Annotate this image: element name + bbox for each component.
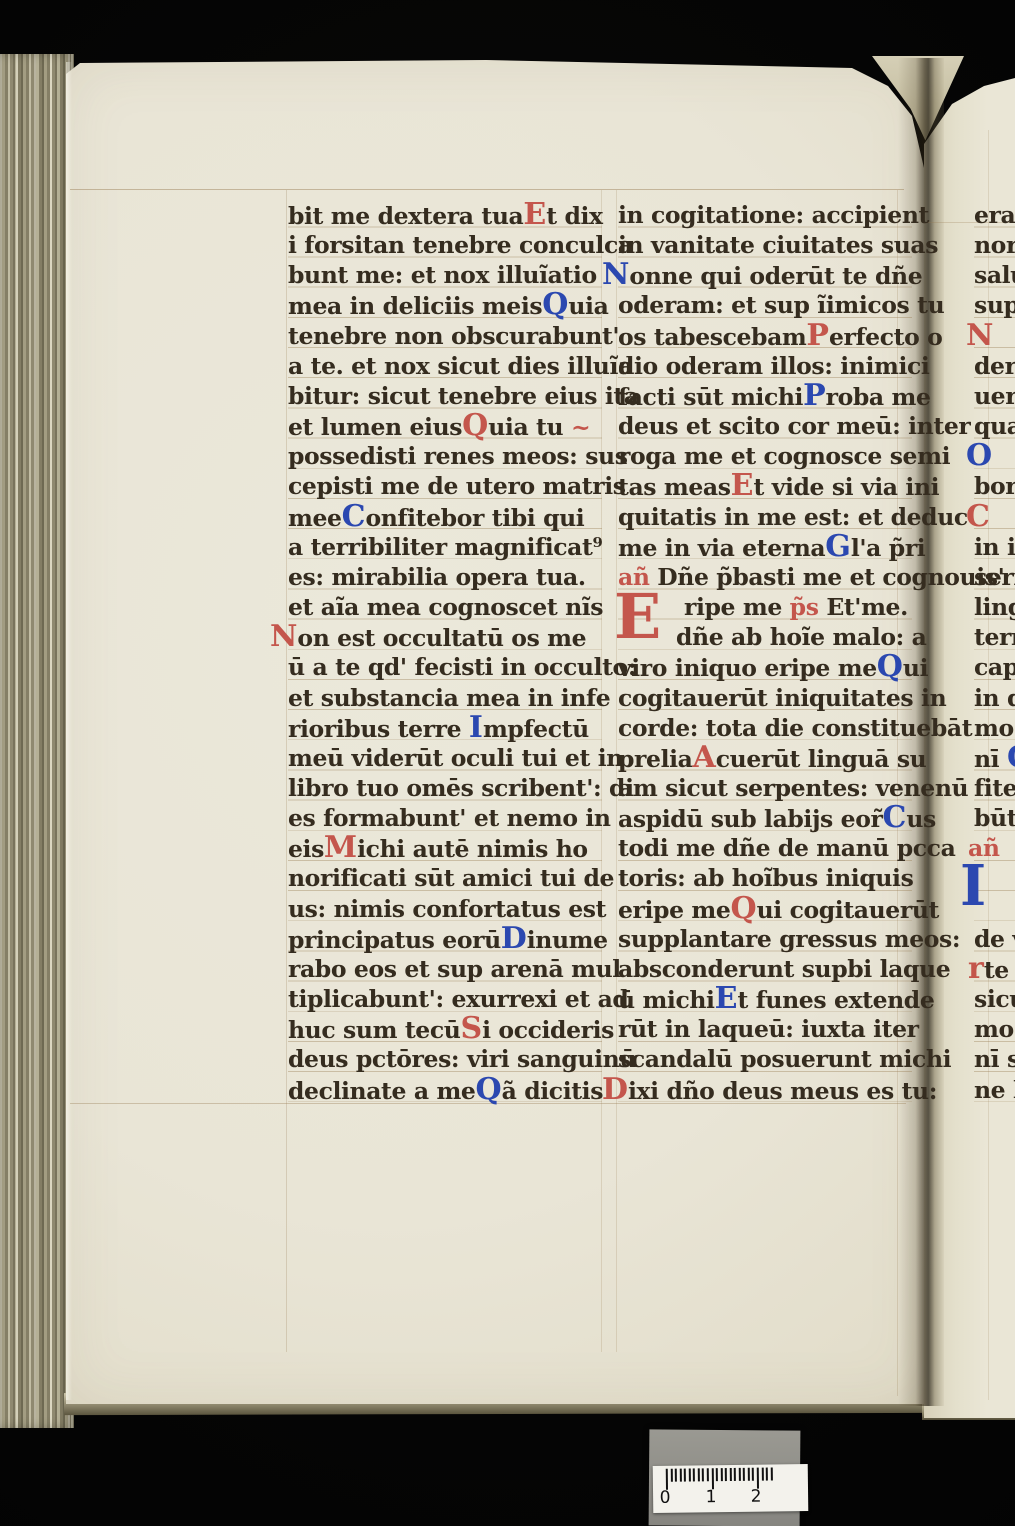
ruler-tick <box>743 1468 745 1481</box>
text-line: es: mirabilia opera tua. <box>288 562 602 592</box>
text-segment: oderam: et sup ĩimicos tu <box>618 291 944 319</box>
text-line: me in via eternaGl'a p̃ri <box>618 532 912 562</box>
text-segment: me in via eterna <box>618 534 825 562</box>
text-line: principatus eorūDinume <box>288 924 602 954</box>
ruling-line-top <box>70 189 904 190</box>
text-line: ū michiEt funes extende <box>618 984 912 1014</box>
text-segment: deus et scito cor meū: inter <box>618 412 970 440</box>
text-segment: ã dicitis <box>502 1077 603 1105</box>
text-line: uer <box>974 381 1015 411</box>
initial-capital: S <box>460 1011 482 1046</box>
ruler-tick <box>720 1468 722 1481</box>
text-segment: libro tuo omēs scribent': di <box>288 774 634 802</box>
text-segment: in i <box>974 533 1015 561</box>
text-segment: nor <box>974 231 1015 259</box>
text-segment: cuerūt linguā su <box>716 745 927 773</box>
text-segment: mo <box>974 1015 1014 1043</box>
text-segment: facti sūt michi <box>618 383 803 411</box>
text-segment: scandalū posuerunt michi <box>618 1045 951 1073</box>
text-line: ne l <box>974 1075 1015 1105</box>
drop-initial-capital: E <box>614 586 661 648</box>
initial-capital: Q <box>475 1072 501 1107</box>
text-line: salu <box>974 260 1015 290</box>
initial-capital: E <box>731 468 754 503</box>
initial-capital: E <box>523 197 546 232</box>
text-line: Nonne qui oderūt te dñe <box>602 260 912 290</box>
ruler-tick <box>752 1468 754 1481</box>
text-segment: eis <box>288 835 324 863</box>
text-line: i forsitan tenebre conculca <box>288 230 602 260</box>
initial-capital: C <box>882 800 906 835</box>
text-line: eripe meQui cogitauerūt <box>618 894 912 924</box>
text-segment: ū michi <box>618 986 715 1014</box>
initial-capital: G <box>825 529 851 564</box>
text-segment: bitur: sicut tenebre eius ita <box>288 382 639 410</box>
ruler-tick <box>766 1468 768 1481</box>
text-segment: bit me dextera tua <box>288 202 523 230</box>
text-segment: t vide si via ini <box>753 473 939 501</box>
text-segment: sicu <box>974 985 1015 1013</box>
initial-capital: C <box>1007 740 1015 775</box>
initial-capital: P <box>806 318 829 353</box>
text-segment: onne qui oderūt te dñe <box>629 262 922 290</box>
ruler-tick <box>707 1468 709 1481</box>
text-line: am sicut serpentes: venenū <box>618 773 912 803</box>
text-line: bunt me: et nox illuĩatio <box>288 260 602 290</box>
text-line: rte <box>968 954 1015 984</box>
text-segment: nī <box>974 745 1007 773</box>
initial-capital: D <box>602 1072 628 1107</box>
text-line: aspidū sub labijs eor̃Cus <box>618 803 912 833</box>
text-line: roga me et cognosce semi <box>618 441 912 471</box>
text-segment: viro iniquo eripe me <box>618 654 877 682</box>
photograph-of-manuscript: { "colors": { "ink": "#352c1f", "red": "… <box>0 0 1015 1526</box>
text-segment: et lumen eius <box>288 413 462 441</box>
initial-capital: M <box>324 830 357 865</box>
text-segment: erfecto o <box>829 323 943 351</box>
ruler-tick <box>725 1468 727 1481</box>
text-segment: mo <box>974 714 1014 742</box>
text-line: et lumen eiusQuia tu ~ <box>288 411 602 441</box>
text-segment: t funes extende <box>737 986 934 1014</box>
text-segment: us: nimis confortatus est <box>288 895 606 923</box>
text-line: būt <box>974 803 1015 833</box>
ruler-tick <box>734 1468 736 1481</box>
text-line: ling <box>974 592 1015 622</box>
text-line: dñe ab hoĩe malo: a <box>676 622 912 652</box>
text-line: toris: ab hoĩbus iniquis <box>618 863 912 893</box>
text-segment: roga me et cognosce semi <box>618 442 950 470</box>
text-segment: ne l <box>974 1076 1015 1104</box>
initial-capital: O <box>966 438 992 473</box>
text-line: norificati sūt amici tui de <box>288 863 602 893</box>
text-line: sicu <box>974 984 1015 1014</box>
text-line: cogitauerūt iniquitates in <box>618 683 912 713</box>
text-line: in i <box>974 532 1015 562</box>
text-segment: am sicut serpentes: venenū <box>618 774 968 802</box>
text-segment: on est occultatū os me <box>297 624 586 652</box>
text-line: absconderunt supbi laque <box>618 954 912 984</box>
text-segment: rūt in laqueū: iuxta iter <box>618 1015 919 1043</box>
text-segment: inume <box>527 926 608 954</box>
text-segment: corde: tota die constituebāt <box>618 714 972 742</box>
text-line: deus et scito cor meū: inter <box>618 411 912 441</box>
text-segment: tenebre non obscurabunt' <box>288 322 619 350</box>
text-line: deric <box>974 351 1015 381</box>
text-line: tas measEt vide si via ini <box>618 471 912 501</box>
text-line: a te. et nox sicut dies illuĩa <box>288 351 602 381</box>
text-line: añ Dñe p̃basti me et cognouis' <box>618 562 912 592</box>
text-column-next-page: eranorsalusupNdericuerquaOborCin iserijl… <box>974 200 1015 1106</box>
ruler-label: 0 <box>657 1488 673 1508</box>
text-segment: os tabescebam <box>618 323 806 351</box>
text-segment: ~ <box>571 413 590 441</box>
initial-capital: A <box>692 740 715 775</box>
text-segment: us <box>906 805 936 833</box>
text-segment: ui <box>903 654 928 682</box>
text-segment: salu <box>974 261 1015 289</box>
text-line: in cogitatione: accipient <box>618 200 912 230</box>
text-segment: aspidū sub labijs eor̃ <box>618 805 882 833</box>
text-segment: rioribus terre <box>288 715 469 743</box>
text-line: nor <box>974 230 1015 260</box>
text-line: era <box>974 200 1015 230</box>
ruler-tick <box>693 1468 695 1481</box>
initial-capital: I <box>469 710 483 745</box>
text-line: in q <box>974 683 1015 713</box>
text-segment: uer <box>974 382 1015 410</box>
ruler-tick <box>670 1469 672 1482</box>
text-line: ripe me p̃s Et'me. <box>684 592 912 622</box>
text-segment: eripe me <box>618 896 730 924</box>
initial-capital: Q <box>462 408 488 443</box>
ruler-ticks <box>666 1467 796 1493</box>
text-segment: būt <box>974 804 1015 832</box>
text-segment: in cogitatione: accipient <box>618 201 929 229</box>
text-line: qua <box>974 411 1015 441</box>
text-line: us: nimis confortatus est <box>288 894 602 924</box>
text-segment: et substancia mea in infe <box>288 684 610 712</box>
text-line: preliaAcuerūt linguā su <box>618 743 912 773</box>
text-segment: ū a te qd' fecisti in occulto: <box>288 653 636 681</box>
ruler-tick <box>757 1468 759 1489</box>
text-segment: declinate a me <box>288 1077 475 1105</box>
ruler-tick <box>702 1468 704 1481</box>
text-segment: deric <box>974 352 1015 380</box>
text-line: terr <box>974 622 1015 652</box>
text-segment: ripe me <box>684 593 790 621</box>
text-line: facti sūt michiProba me <box>618 381 912 411</box>
page-left-edge-highlight <box>66 62 72 1400</box>
text-segment: qua <box>974 412 1015 440</box>
text-segment: cepisti me de utero matris <box>288 472 626 500</box>
ruler-tick <box>739 1468 741 1481</box>
text-line: possedisti renes meos: sus <box>288 441 602 471</box>
text-segment: te <box>984 956 1009 984</box>
text-line: bor <box>974 471 1015 501</box>
text-segment: ixi dño deus meus es tu: <box>628 1077 937 1105</box>
text-segment: dñe ab hoĩe malo: a <box>676 623 927 651</box>
text-line: dio oderam illos: inimici <box>618 351 912 381</box>
text-line: Dixi dño deus meus es tu: <box>602 1075 912 1105</box>
text-segment: era <box>974 201 1015 229</box>
text-segment: mee <box>288 504 342 532</box>
text-segment: prelia <box>618 745 692 773</box>
text-segment: dio oderam illos: inimici <box>618 352 929 380</box>
text-line: et aĩa mea cognoscet nĩs <box>288 592 602 622</box>
text-line: tenebre non obscurabunt' <box>288 321 602 351</box>
text-line: bit me dextera tuaEt dix <box>288 200 602 230</box>
initial-capital: N <box>602 257 629 292</box>
text-line: C <box>966 502 1015 532</box>
initial-capital: Q <box>877 649 903 684</box>
initial-capital: r <box>968 951 984 986</box>
text-line: de v <box>974 924 1015 954</box>
text-line: scandalū posuerunt michi <box>618 1044 912 1074</box>
text-segment: de v <box>974 925 1015 953</box>
text-segment: onfitebor tibi qui <box>365 504 584 532</box>
text-segment: cogitauerūt iniquitates in <box>618 684 946 712</box>
text-line: fiteb <box>974 773 1015 803</box>
text-segment: deus pctōres: viri sanguinū <box>288 1045 636 1073</box>
ruler-tick <box>716 1468 718 1481</box>
text-segment: roba me <box>826 383 931 411</box>
text-line: et substancia mea in infe <box>288 683 602 713</box>
text-segment: t dix <box>546 202 602 230</box>
text-segment: l'a p̃ri <box>851 534 925 562</box>
text-segment: in vanitate ciuitates suas <box>618 231 938 259</box>
drop-initial-capital: I <box>960 858 986 914</box>
ruler-tick <box>729 1468 731 1481</box>
text-segment: Et'me. <box>826 593 908 621</box>
initial-capital: P <box>803 378 826 413</box>
ruler-tick <box>698 1468 700 1481</box>
ruler-tick <box>684 1469 686 1482</box>
text-segment: fiteb <box>974 774 1015 802</box>
text-segment: terr <box>974 623 1015 651</box>
ruler: 0 1 2 <box>653 1464 809 1513</box>
text-segment: uia <box>568 292 608 320</box>
text-line: declinate a meQã dicitis <box>288 1075 602 1105</box>
text-line: N <box>966 321 1015 351</box>
text-line: mea in deliciis meisQuia <box>288 290 602 320</box>
ruler-tick <box>666 1469 668 1490</box>
text-segment: ui cogitauerūt <box>757 896 939 924</box>
text-line: serij <box>974 562 1015 592</box>
text-segment: quitatis in me est: et deduc <box>618 503 968 531</box>
text-segment: et aĩa mea cognoscet nĩs <box>288 593 603 621</box>
initial-capital: C <box>966 499 990 534</box>
text-segment: in q <box>974 684 1015 712</box>
text-segment: tas meas <box>618 473 731 501</box>
text-line: rioribus terre Impfectū <box>288 713 602 743</box>
text-segment: i forsitan tenebre conculca <box>288 231 633 259</box>
text-line: Non est occultatū os me <box>270 622 602 652</box>
text-segment: cap <box>974 653 1015 681</box>
text-segment: i occideris <box>482 1016 614 1044</box>
text-segment: ichi autē nimis ho <box>357 835 588 863</box>
text-line: sup <box>974 290 1015 320</box>
text-segment: a terribiliter magnificat⁹ <box>288 533 602 561</box>
initial-capital: E <box>715 981 738 1016</box>
initial-capital: C <box>342 499 366 534</box>
text-segment: es formabunt' et nemo in <box>288 804 611 832</box>
text-segment: tiplicabunt': exurrexi et ad <box>288 985 628 1013</box>
initial-capital: Q <box>730 891 756 926</box>
ruler-tick <box>770 1467 772 1480</box>
ruling-line-col1-left <box>286 190 287 1352</box>
text-segment: todi me dñe de manū pcca <box>618 834 955 862</box>
initial-capital: Q <box>542 287 568 322</box>
text-segment: Dñe p̃basti me et cognouis' <box>657 563 1004 591</box>
text-line: supplantare gressus meos: <box>618 924 912 954</box>
text-line: cepisti me de utero matris <box>288 471 602 501</box>
ruler-tick <box>675 1469 677 1482</box>
initial-capital: N <box>270 619 297 654</box>
text-segment: mpfectū <box>483 715 589 743</box>
text-line: ū a te qd' fecisti in occulto: <box>288 652 602 682</box>
text-line: O <box>966 441 1015 471</box>
text-line: rūt in laqueū: iuxta iter <box>618 1014 912 1044</box>
text-line: es formabunt' et nemo in <box>288 803 602 833</box>
ruler-tick <box>711 1468 713 1489</box>
ruler-label: 2 <box>748 1487 764 1507</box>
initial-capital: D <box>501 921 527 956</box>
text-segment: supplantare gressus meos: <box>618 925 960 953</box>
text-segment: bor <box>974 472 1015 500</box>
ruler-label: 1 <box>703 1487 719 1507</box>
text-segment: serij <box>974 563 1015 591</box>
text-line: os tabescebamPerfecto o <box>618 321 912 351</box>
text-line: rabo eos et sup arenā mul <box>288 954 602 984</box>
text-segment: meū viderūt oculi tui et in <box>288 744 623 772</box>
text-line: bitur: sicut tenebre eius ita <box>288 381 602 411</box>
text-segment: uia tu <box>488 413 571 441</box>
text-segment: nī s <box>974 1045 1015 1073</box>
text-segment: a te. et nox sicut dies illuĩa <box>288 352 633 380</box>
text-line: mo <box>974 1014 1015 1044</box>
ruler-tick <box>689 1468 691 1481</box>
stacked-page-edges <box>0 54 74 1428</box>
text-segment: huc sum tecū <box>288 1016 460 1044</box>
ruler-tick <box>748 1468 750 1481</box>
text-segment: mea in deliciis meis <box>288 292 542 320</box>
text-line: nī s <box>974 1044 1015 1074</box>
text-line: eisMichi autē nimis ho <box>288 833 602 863</box>
text-line: a terribiliter magnificat⁹ <box>288 532 602 562</box>
text-line: in vanitate ciuitates suas <box>618 230 912 260</box>
text-segment: principatus eorū <box>288 926 501 954</box>
text-line: tiplicabunt': exurrexi et ad <box>288 984 602 1014</box>
text-segment: toris: ab hoĩbus iniquis <box>618 864 913 892</box>
text-segment: sup <box>974 291 1015 319</box>
text-column-left: bit me dextera tuaEt dixi forsitan teneb… <box>288 200 602 1106</box>
text-line: mo <box>974 713 1015 743</box>
text-column-right: in cogitatione: accipientin vanitate ciu… <box>618 200 912 1106</box>
text-segment: possedisti renes meos: sus <box>288 442 628 470</box>
ruler-tick <box>761 1468 763 1481</box>
text-line: todi me dñe de manū pcca <box>618 833 912 863</box>
text-segment: es: mirabilia opera tua. <box>288 563 586 591</box>
ruler-tick <box>679 1469 681 1482</box>
text-segment: ling <box>974 593 1015 621</box>
text-segment: p̃s <box>790 593 827 621</box>
text-line: quitatis in me est: et deduc <box>618 502 912 532</box>
text-line: cap <box>974 652 1015 682</box>
text-line: libro tuo omēs scribent': di <box>288 773 602 803</box>
text-line: viro iniquo eripe meQui <box>618 652 912 682</box>
initial-capital: N <box>966 318 993 353</box>
text-line: corde: tota die constituebāt <box>618 713 912 743</box>
text-line: huc sum tecūSi occideris <box>288 1014 602 1044</box>
text-line: oderam: et sup ĩimicos tu <box>618 290 912 320</box>
text-segment: norificati sūt amici tui de <box>288 864 614 892</box>
text-segment: absconderunt supbi laque <box>618 955 950 983</box>
text-line: deus pctōres: viri sanguinū <box>288 1044 602 1074</box>
text-segment: bunt me: et nox illuĩatio <box>288 261 597 289</box>
text-line: nī C <box>974 743 1015 773</box>
text-line: meeConfitebor tibi qui <box>288 502 602 532</box>
text-segment: rabo eos et sup arenā mul <box>288 955 621 983</box>
text-line: meū viderūt oculi tui et in <box>288 743 602 773</box>
